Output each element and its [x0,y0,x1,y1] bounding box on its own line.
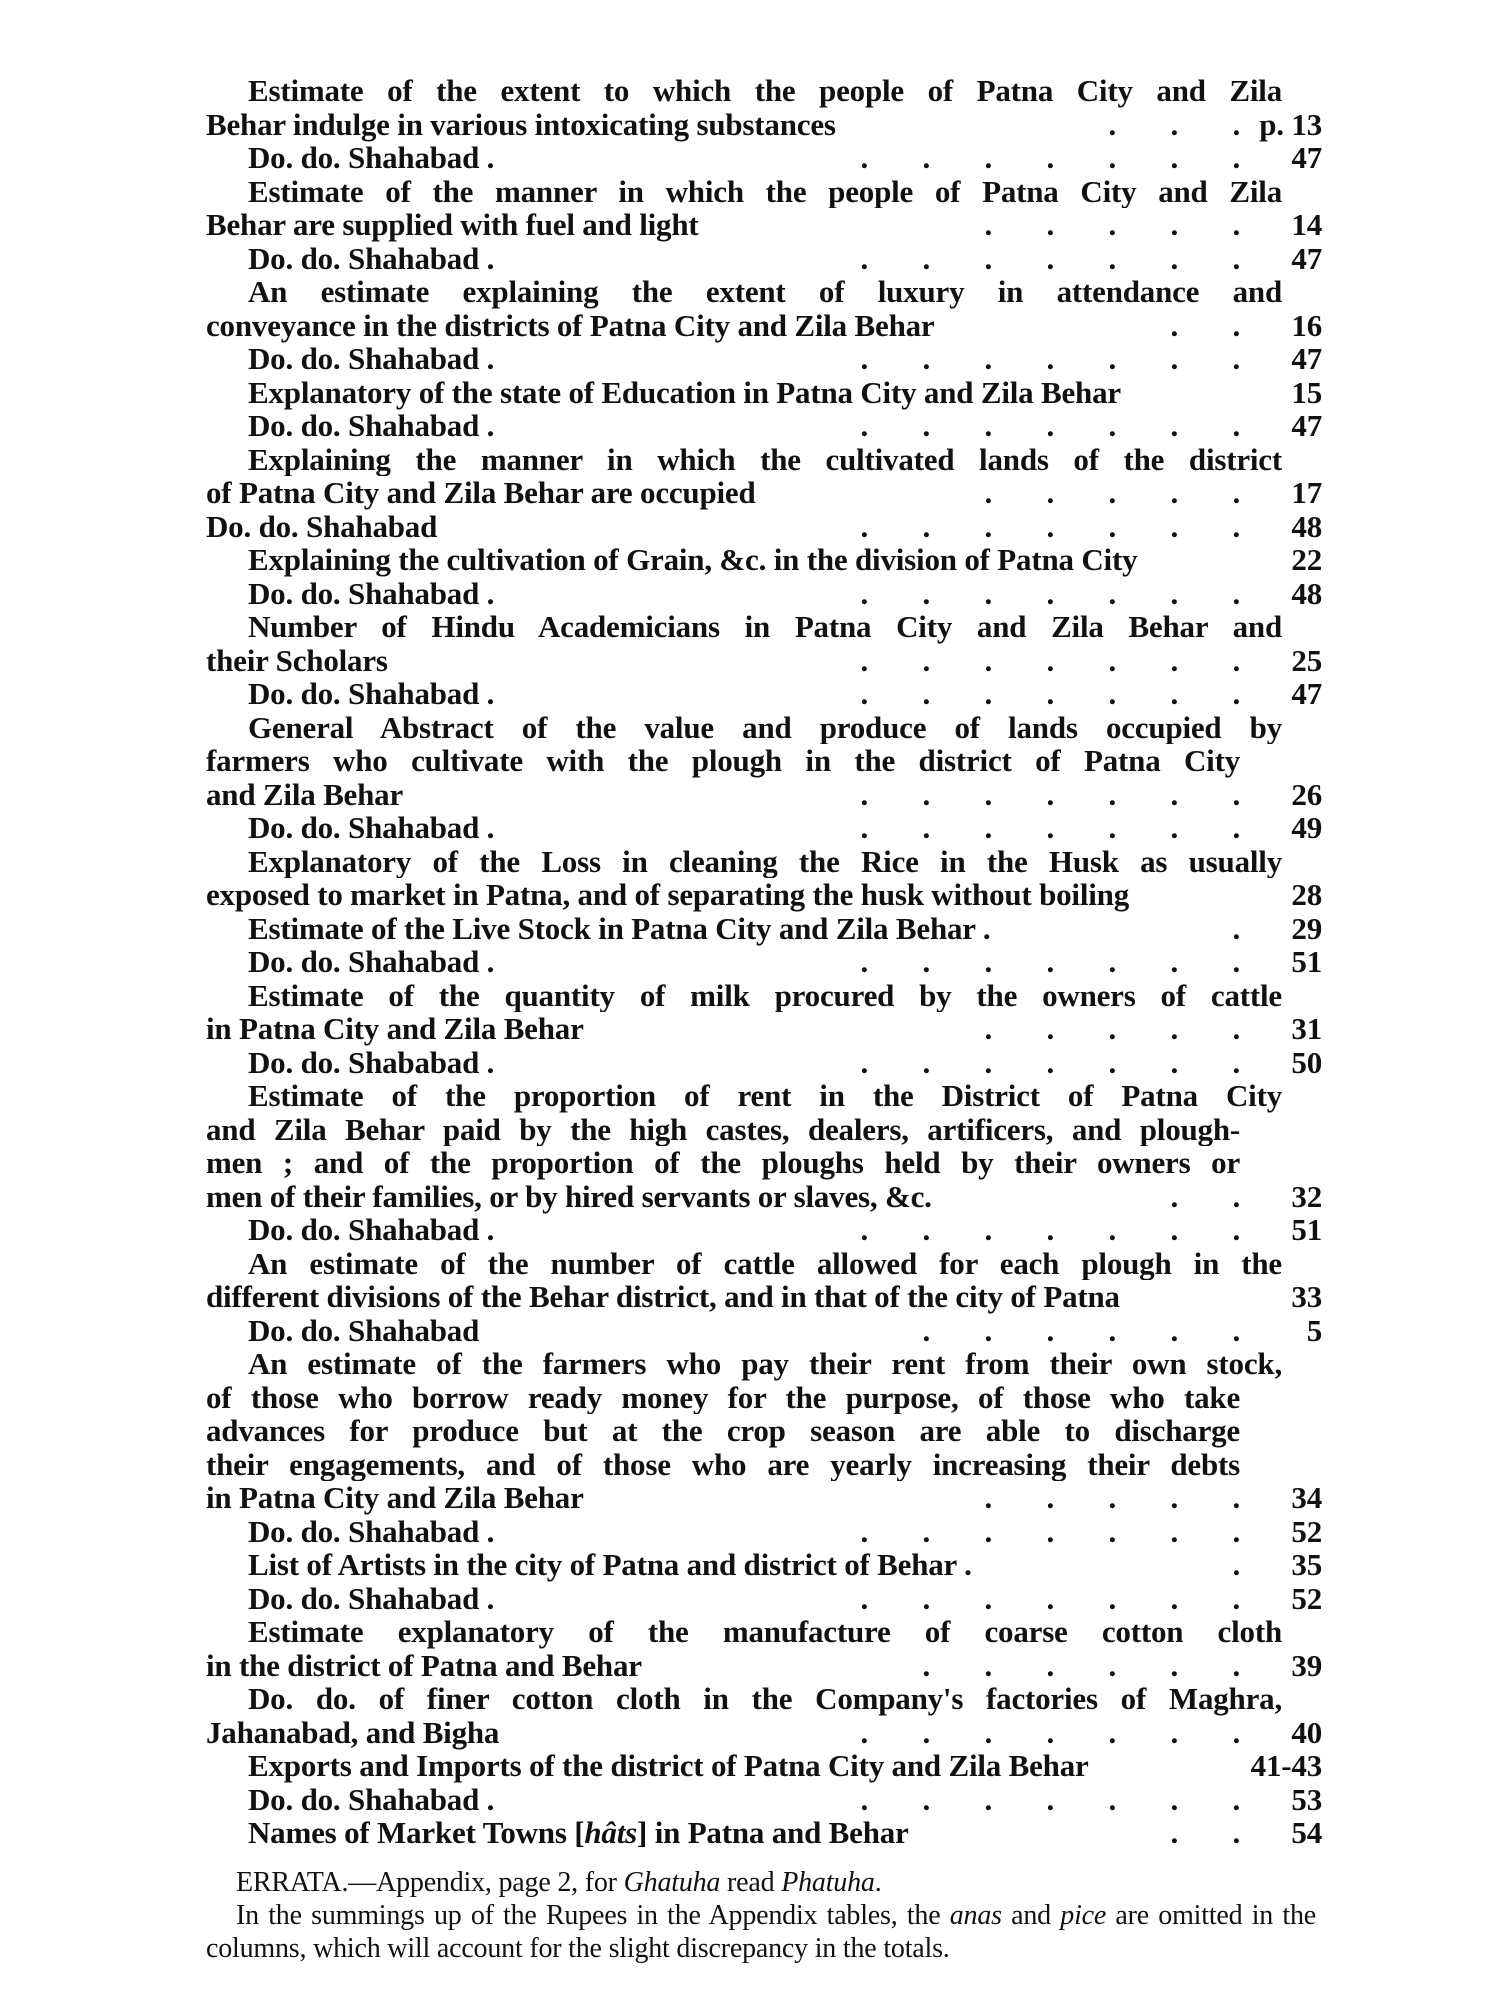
entry-title-line: conveyance in the districts of Patna Cit… [206,309,934,343]
page-number: 50 [1246,1046,1322,1080]
entry-title-line: exposed to market in Patna, and of separ… [206,878,1129,912]
entry-title-line: An estimate of the number of cattle allo… [206,1247,1282,1281]
toc-entry: Estimate of the Live Stock in Patna City… [206,912,1322,946]
toc-entry: Do. do. Shahabad ........51 [206,1213,1322,1247]
toc-entry: Do. do. Shahabad ........51 [206,945,1322,979]
leader-dots: ....... [494,409,1246,443]
page-number: 26 [1246,778,1322,812]
entry-title-line: Do. do. Shahabad . [206,945,494,979]
toc-entry: Do. do. of finer cotton cloth in the Com… [206,1682,1322,1749]
page-number: 47 [1246,677,1322,711]
page-number: 48 [1246,510,1322,544]
page-number: 49 [1246,811,1322,845]
leader-dots: . [990,912,1246,946]
page-number: 35 [1246,1548,1322,1582]
leader-dots: ....... [499,1716,1246,1750]
errata-label: ERRATA. [236,1867,348,1898]
toc-entry: Do. do. Shahabad ........49 [206,811,1322,845]
toc-entry: Do. do. Shahabad.......48 [206,510,1322,544]
entry-title-line: Do. do. Shahabad . [206,1213,494,1247]
errata-note: In the summings up of the Rupees in the … [206,1899,1316,1965]
entry-title-line: Do. do. Shahabad [206,1314,479,1348]
entry-title-line: Estimate explanatory of the manufacture … [206,1615,1282,1649]
page-number: 29 [1246,912,1322,946]
leader-dots: ....... [494,577,1246,611]
page-number: 28 [1246,878,1322,912]
page-number: 48 [1246,577,1322,611]
toc-entry: Do. do. Shahabad ........52 [206,1515,1322,1549]
entry-title-line: General Abstract of the value and produc… [206,711,1282,745]
entry-title-line: Estimate of the proportion of rent in th… [206,1079,1282,1113]
leader-dots: ....... [494,1213,1246,1247]
entry-title-line: Estimate of the extent to which the peop… [206,74,1282,108]
toc-entry: List of Artists in the city of Patna and… [206,1548,1322,1582]
leader-dots: ....... [388,644,1246,678]
toc-entry: Number of Hindu Academicians in Patna Ci… [206,610,1322,677]
toc-entry: Do. do. Shahabad......5 [206,1314,1322,1348]
entry-title-line: Do. do. Shahabad . [206,1783,494,1817]
entry-title-line: Names of Market Towns [hâts] in Patna an… [206,1816,909,1850]
page-number: 47 [1246,141,1322,175]
entry-title-line: Estimate of the quantity of milk procure… [206,979,1282,1013]
leader-dots: ....... [494,1783,1246,1817]
entry-title-line: in Patna City and Zila Behar [206,1481,584,1515]
leader-dots: .. [934,309,1246,343]
entry-title-line: men ; and of the proportion of the ploug… [206,1146,1240,1180]
toc-entry: An estimate of the farmers who pay their… [206,1347,1322,1515]
entry-title-line: of those who borrow ready money for the … [206,1381,1240,1415]
page-number: 16 [1246,309,1322,343]
toc-entry: Do. do. Shahabad ........47 [206,677,1322,711]
toc-entry: Do. do. Shahabad ........47 [206,141,1322,175]
page-number: 47 [1246,342,1322,376]
leader-dots: ....... [494,342,1246,376]
page-number: 15 [1246,376,1322,410]
toc-entry: Names of Market Towns [hâts] in Patna an… [206,1816,1322,1850]
errata-section: ERRATA.—Appendix, page 2, for Ghatuha re… [206,1866,1322,1965]
page-number: 51 [1246,945,1322,979]
toc-entry: Estimate of the quantity of milk procure… [206,979,1322,1046]
entry-title-line: List of Artists in the city of Patna and… [206,1548,972,1582]
page-number: 47 [1246,242,1322,276]
leader-dots: .. [932,1180,1246,1214]
toc-entry: Estimate explanatory of the manufacture … [206,1615,1322,1682]
leader-dots: ...... [642,1649,1246,1683]
entry-title-line: An estimate explaining the extent of lux… [206,275,1282,309]
leader-dots: ....... [494,141,1246,175]
leader-dots: ....... [494,945,1246,979]
page-number: 40 [1246,1716,1322,1750]
page-number: 52 [1246,1515,1322,1549]
entry-title-line: Explaining the manner in which the culti… [206,443,1282,477]
entry-title-line: farmers who cultivate with the plough in… [206,744,1240,778]
page-number: 34 [1246,1481,1322,1515]
toc-entry: Do. do. Shahabad ........52 [206,1582,1322,1616]
page-number: 53 [1246,1783,1322,1817]
page-number: 33 [1246,1280,1322,1314]
leader-dots: ....... [494,677,1246,711]
entry-title-line: Number of Hindu Academicians in Patna Ci… [206,610,1282,644]
entry-title-line: men of their families, or by hired serva… [206,1180,932,1214]
page-number: 5 [1246,1314,1322,1348]
leader-dots: ....... [494,811,1246,845]
entry-title-line: Jahanabad, and Bigha [206,1716,499,1750]
entry-title-line: Exports and Imports of the district of P… [206,1749,1089,1783]
leader-dots: ..... [584,1012,1246,1046]
page-number: 47 [1246,409,1322,443]
page-number: 39 [1246,1649,1322,1683]
page-number: p. 13 [1246,108,1322,142]
toc-entry: Explaining the manner in which the culti… [206,443,1322,510]
entry-title-line: of Patna City and Zila Behar are occupie… [206,476,756,510]
toc-entry: Do. do. Shahabad ........47 [206,242,1322,276]
appendix-tables-list: Estimate of the extent to which the peop… [206,74,1322,1850]
entry-title-line: Do. do. Shahabad . [206,342,494,376]
entry-title-line: their Scholars [206,644,388,678]
entry-title-line: Do. do. Shahabad . [206,242,494,276]
page-number: 32 [1246,1180,1322,1214]
page-number: 22 [1246,543,1322,577]
entry-title-line: and Zila Behar paid by the high castes, … [206,1113,1240,1147]
toc-entry: Do. do. Shahabad ........47 [206,342,1322,376]
entry-title-line: different divisions of the Behar distric… [206,1280,1120,1314]
toc-entry: Explanatory of the Loss in cleaning the … [206,845,1322,912]
leader-dots: ....... [494,1582,1246,1616]
entry-title-line: Explaining the cultivation of Grain, &c.… [206,543,1137,577]
leader-dots: ..... [699,208,1246,242]
leader-dots: . [972,1548,1246,1582]
page-number: 51 [1246,1213,1322,1247]
entry-title-line: advances for produce but at the crop sea… [206,1414,1240,1448]
leader-dots: .. [909,1816,1246,1850]
entry-title-line: Do. do. Shahabad . [206,677,494,711]
entry-title-line: Do. do. Shahabad . [206,141,494,175]
page-number: 54 [1246,1816,1322,1850]
entry-title-line: Do. do. Shababad . [206,1046,494,1080]
toc-entry: An estimate of the number of cattle allo… [206,1247,1322,1314]
entry-title-line: and Zila Behar [206,778,403,812]
entry-title-line: in Patna City and Zila Behar [206,1012,584,1046]
leader-dots: ....... [437,510,1246,544]
leader-dots: ....... [494,1515,1246,1549]
toc-entry: Do. do. Shahabad ........47 [206,409,1322,443]
entry-title-line: Do. do. Shahabad [206,510,437,544]
leader-dots: ....... [494,1046,1246,1080]
toc-entry: Estimate of the proportion of rent in th… [206,1079,1322,1213]
page-number: 14 [1246,208,1322,242]
toc-entry: Exports and Imports of the district of P… [206,1749,1322,1783]
entry-title-line: their engagements, and of those who are … [206,1448,1240,1482]
entry-title-line: in the district of Patna and Behar [206,1649,642,1683]
leader-dots: ....... [494,242,1246,276]
page-number: 52 [1246,1582,1322,1616]
toc-entry: Estimate of the manner in which the peop… [206,175,1322,242]
errata-wrong-word: Ghatuha [624,1867,721,1898]
leader-dots: ... [836,108,1246,142]
toc-entry: Do. do. Shababad ........50 [206,1046,1322,1080]
entry-title-line: Explanatory of the Loss in cleaning the … [206,845,1282,879]
page-number: 25 [1246,644,1322,678]
leader-dots: ....... [403,778,1246,812]
entry-title-line: An estimate of the farmers who pay their… [206,1347,1282,1381]
entry-title-line: Do. do. of finer cotton cloth in the Com… [206,1682,1282,1716]
page-number: 17 [1246,476,1322,510]
entry-title-line: Behar indulge in various intoxicating su… [206,108,836,142]
toc-entry: An estimate explaining the extent of lux… [206,275,1322,342]
errata-correction: ERRATA.—Appendix, page 2, for Ghatuha re… [206,1866,1316,1899]
toc-entry: Estimate of the extent to which the peop… [206,74,1322,141]
entry-title-line: Do. do. Shahabad . [206,409,494,443]
toc-entry: Explanatory of the state of Education in… [206,376,1322,410]
entry-title-line: Do. do. Shahabad . [206,1515,494,1549]
leader-dots: ..... [756,476,1246,510]
page-number: 31 [1246,1012,1322,1046]
toc-entry: Explaining the cultivation of Grain, &c.… [206,543,1322,577]
entry-title-line: Do. do. Shahabad . [206,577,494,611]
entry-title-line: Do. do. Shahabad . [206,1582,494,1616]
toc-entry: General Abstract of the value and produc… [206,711,1322,812]
entry-title-line: Behar are supplied with fuel and light [206,208,699,242]
toc-entry: Do. do. Shahabad ........48 [206,577,1322,611]
entry-title-line: Do. do. Shahabad . [206,811,494,845]
table-of-contents-page: Estimate of the extent to which the peop… [206,74,1322,1965]
leader-dots: ...... [479,1314,1246,1348]
leader-dots: ..... [584,1481,1246,1515]
entry-title-line: Estimate of the manner in which the peop… [206,175,1282,209]
toc-entry: Do. do. Shahabad ........53 [206,1783,1322,1817]
entry-title-line: Estimate of the Live Stock in Patna City… [206,912,990,946]
page-number: 41-43 [1246,1749,1322,1783]
entry-title-line: Explanatory of the state of Education in… [206,376,1121,410]
errata-right-word: Phatuha [781,1867,874,1898]
